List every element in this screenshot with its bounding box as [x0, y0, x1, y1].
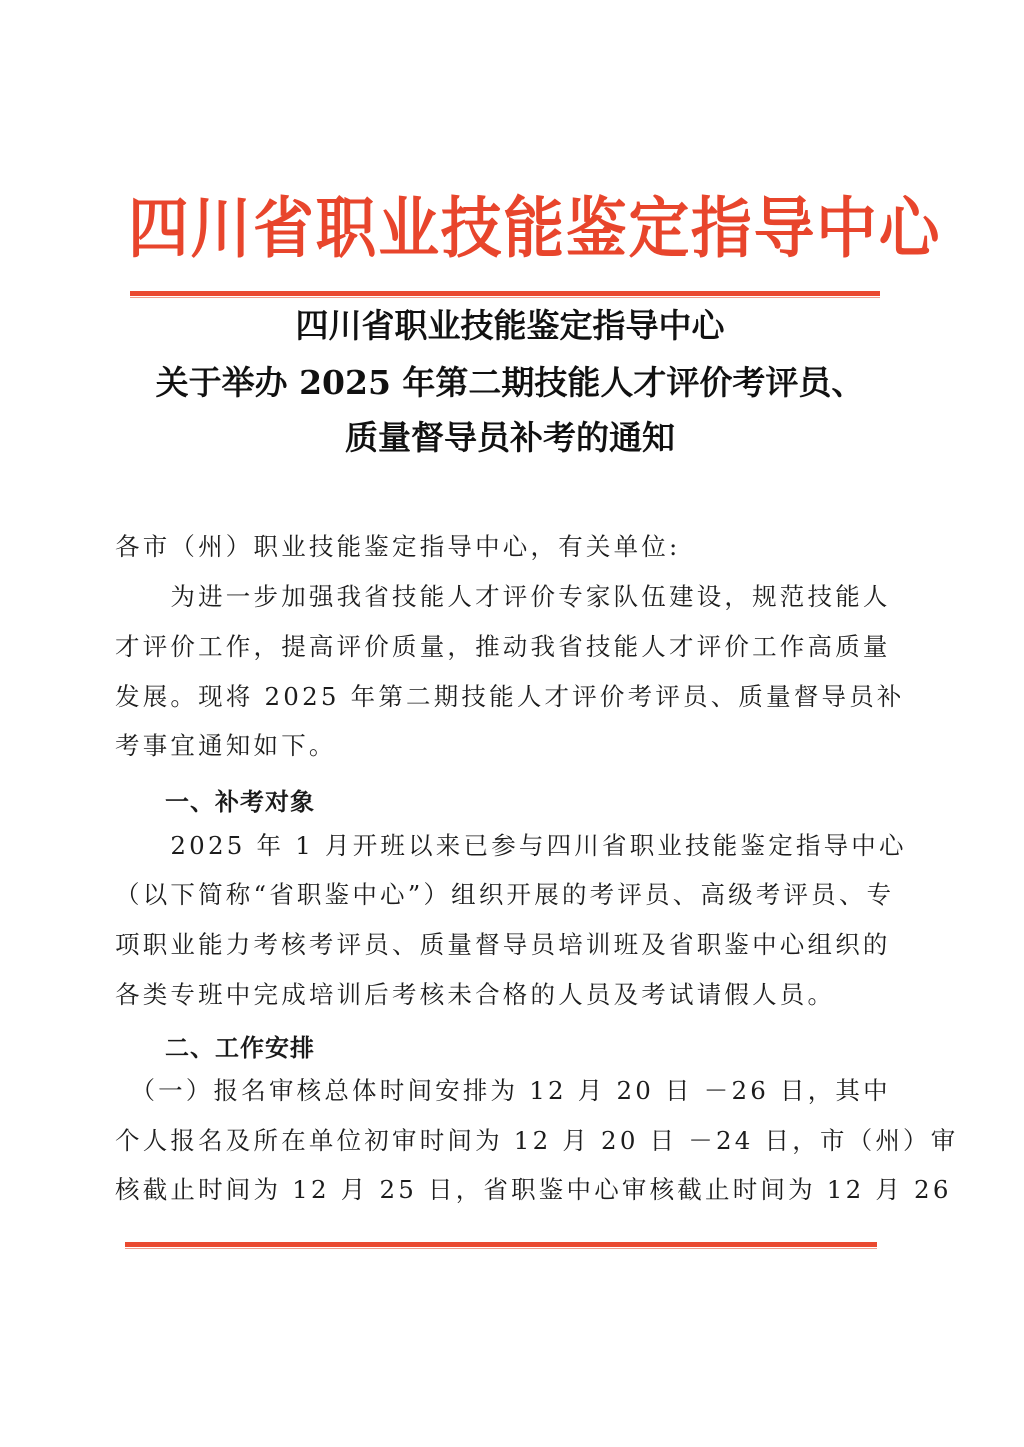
- document-title-line-2: 关于举办 2025 年第二期技能人才评价考评员、: [100, 355, 920, 411]
- salutation: 各市（州）职业技能鉴定指导中心，有关单位:: [115, 522, 875, 571]
- section2-line: 个人报名及所在单位初审时间为 12 月 20 日 －24 日，市（州）审: [115, 1116, 875, 1165]
- section1-line: （以下简称“省职鉴中心”）组织开展的考评员、高级考评员、专: [115, 870, 875, 919]
- page-footer-divider: [125, 1242, 877, 1250]
- section2-line: （一）报名审核总体时间安排为 12 月 20 日 －26 日，其中: [115, 1066, 875, 1115]
- section1-line: 2025 年 1 月开班以来已参与四川省职业技能鉴定指导中心: [115, 821, 875, 870]
- intro-line: 为进一步加强我省技能人才评价专家队伍建设，规范技能人: [115, 572, 875, 621]
- document-title-line-1: 四川省职业技能鉴定指导中心: [100, 298, 920, 354]
- divider-thick-line: [130, 291, 880, 296]
- section2-line: 核截止时间为 12 月 25 日，省职鉴中心审核截止时间为 12 月 26: [115, 1165, 875, 1214]
- section-heading-1: 一、补考对象: [165, 782, 315, 817]
- intro-line: 考事宜通知如下。: [115, 721, 875, 770]
- intro-line: 才评价工作，提高评价质量，推动我省技能人才评价工作高质量: [115, 622, 875, 671]
- masthead-org-name: 四川省职业技能鉴定指导中心: [128, 188, 827, 270]
- section-heading-2: 二、工作安排: [165, 1028, 315, 1063]
- divider-thin-line: [125, 1248, 877, 1249]
- section1-line: 各类专班中完成培训后考核未合格的人员及考试请假人员。: [115, 970, 875, 1019]
- intro-line: 发展。现将 2025 年第二期技能人才评价考评员、质量督导员补: [115, 672, 875, 721]
- section1-line: 项职业能力考核考评员、质量督导员培训班及省职鉴中心组织的: [115, 920, 875, 969]
- divider-thick-line: [125, 1242, 877, 1247]
- document-title-line-3: 质量督导员补考的通知: [100, 410, 920, 466]
